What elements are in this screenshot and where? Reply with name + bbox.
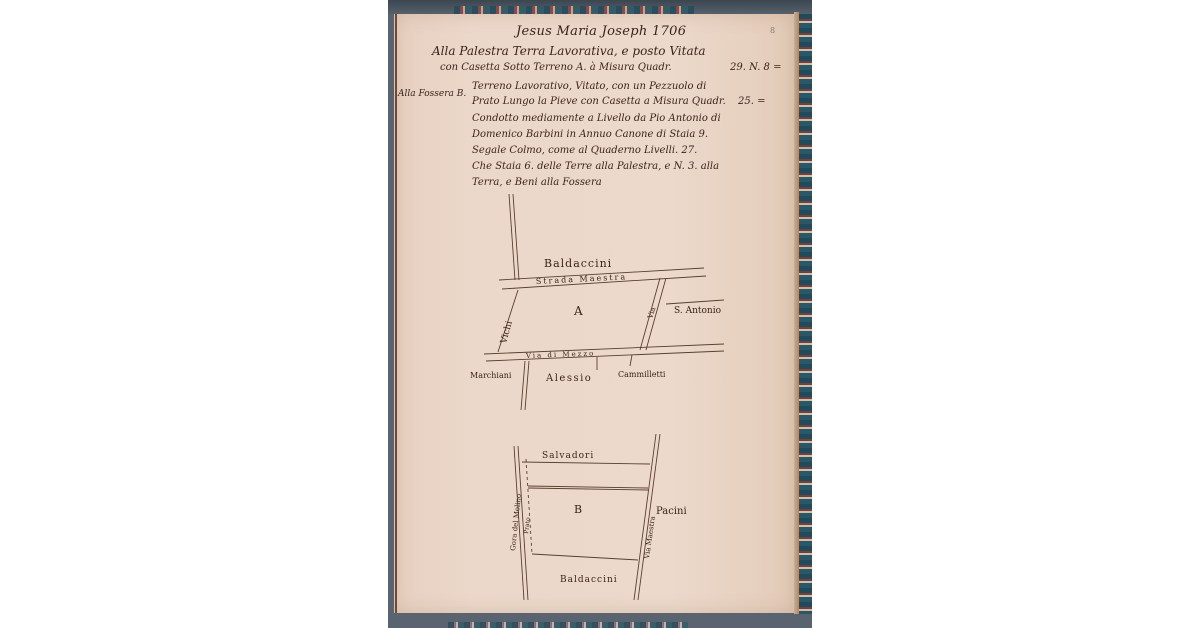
- marbled-endpaper-bottom: [448, 622, 688, 628]
- map-b-north-neighbor: Salvadori: [542, 451, 594, 461]
- plot-maps: Baldaccini Strada Maestra A Vichi Via S.…: [394, 14, 794, 613]
- map-a-west-neighbor: Vichi: [499, 320, 515, 346]
- map-a-south-road: Via di Mezzo: [525, 350, 596, 360]
- manuscript-scan: 8 Jesus Maria Joseph 1706 Alla Palestra …: [388, 0, 812, 628]
- page-edge: [794, 12, 799, 614]
- marbled-cover-edge: [798, 14, 812, 614]
- map-a-south-neighbor-1: Marchiani: [470, 371, 512, 380]
- map-b-west-feature: Gora del Molino: [509, 493, 523, 551]
- map-a-labels: Baldaccini Strada Maestra A Vichi Via S.…: [470, 257, 721, 384]
- map-a-east-neighbor: S. Antonio: [674, 306, 721, 316]
- map-b-plot-label: B: [574, 503, 582, 516]
- map-a: [484, 194, 724, 410]
- map-a-north-neighbor: Baldaccini: [544, 257, 612, 270]
- manuscript-page: 8 Jesus Maria Joseph 1706 Alla Palestra …: [394, 14, 794, 613]
- map-b-south-neighbor: Baldaccini: [560, 575, 618, 585]
- map-a-south-neighbor-2: Alessio: [545, 373, 592, 384]
- map-b-east-neighbor: Pacini: [656, 506, 687, 517]
- map-a-plot-label: A: [573, 304, 583, 318]
- map-b-labels: Salvadori B Gora del Molino Prato Via Ma…: [509, 451, 687, 585]
- map-a-south-neighbor-3: Cammilletti: [618, 370, 666, 379]
- map-b-east-road: Via Maestra: [643, 516, 657, 561]
- map-a-east-road: Via: [646, 306, 657, 320]
